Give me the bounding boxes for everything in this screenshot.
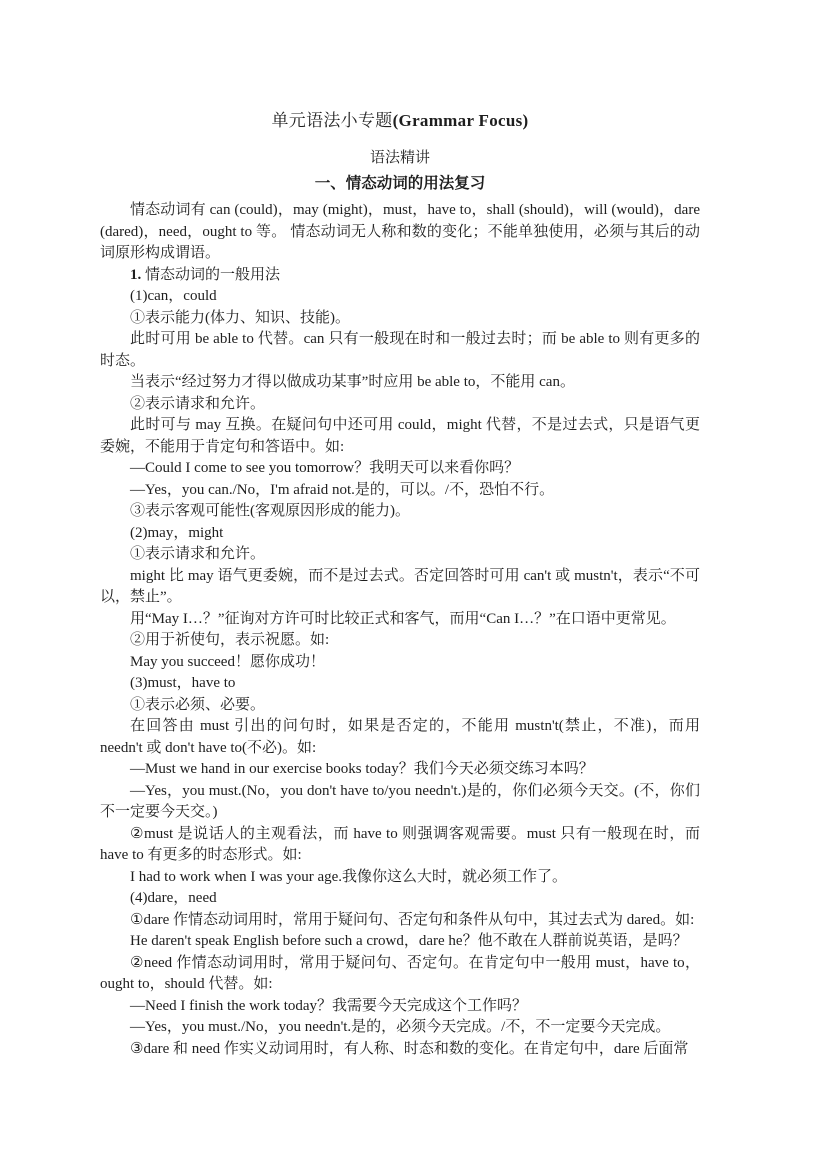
paragraph: May you succeed！愿你成功！ — [100, 652, 700, 674]
paragraph: —Need I finish the work today？我需要今天完成这个工… — [100, 996, 700, 1018]
paragraph: —Must we hand in our exercise books toda… — [100, 759, 700, 781]
document-body: 情态动词有 can (could)，may (might)，must，have … — [100, 200, 700, 1060]
paragraph: (4)dare，need — [100, 888, 700, 910]
paragraph: ②must 是说话人的主观看法，而 have to 则强调客观需要。must 只… — [100, 824, 700, 867]
paragraph: 情态动词有 can (could)，may (might)，must，have … — [100, 200, 700, 265]
paragraph: ②用于祈使句，表示祝愿。如: — [100, 630, 700, 652]
paragraph: He daren't speak English before such a c… — [100, 931, 700, 953]
document-subtitle: 语法精讲 — [100, 146, 700, 167]
paragraph: —Yes，you must.(No，you don't have to/you … — [100, 781, 700, 824]
paragraph: 当表示“经过努力才得以做成功某事”时应用 be able to，不能用 can。 — [100, 372, 700, 394]
document-content: 单元语法小专题(Grammar Focus) 语法精讲 一、情态动词的用法复习 … — [100, 106, 700, 1060]
document-page: 单元语法小专题(Grammar Focus) 语法精讲 一、情态动词的用法复习 … — [0, 0, 827, 1169]
paragraph: —Could I come to see you tomorrow？我明天可以来… — [100, 458, 700, 480]
paragraph-bold-prefix: 1. — [130, 267, 141, 283]
paragraph: 此时可与 may 互换。在疑问句中还可用 could，might 代替，不是过去… — [100, 415, 700, 458]
paragraph: (2)may，might — [100, 523, 700, 545]
paragraph: ①表示能力(体力、知识、技能)。 — [100, 308, 700, 330]
paragraph: 此时可用 be able to 代替。can 只有一般现在时和一般过去时；而 b… — [100, 329, 700, 372]
section-heading: 一、情态动词的用法复习 — [100, 171, 700, 193]
paragraph: I had to work when I was your age.我像你这么大… — [100, 867, 700, 889]
paragraph: might 比 may 语气更委婉，而不是过去式。否定回答时可用 can't 或… — [100, 566, 700, 609]
document-title: 单元语法小专题(Grammar Focus) — [100, 106, 700, 131]
paragraph: ①表示必须、必要。 — [100, 695, 700, 717]
paragraph: ③dare 和 need 作实义动词用时，有人称、时态和数的变化。在肯定句中，d… — [100, 1039, 700, 1061]
paragraph: ①表示请求和允许。 — [100, 544, 700, 566]
paragraph: ②表示请求和允许。 — [100, 394, 700, 416]
paragraph: ②need 作情态动词用时，常用于疑问句、否定句。在肯定句中一般用 must，h… — [100, 953, 700, 996]
paragraph: (3)must，have to — [100, 673, 700, 695]
paragraph: —Yes，you can./No，I'm afraid not.是的，可以。/不… — [100, 480, 700, 502]
paragraph: ①dare 作情态动词用时，常用于疑问句、否定句和条件从句中，其过去式为 dar… — [100, 910, 700, 932]
paragraph: (1)can，could — [100, 286, 700, 308]
paragraph: 在回答由 must 引出的问句时，如果是否定的，不能用 mustn't(禁止，不… — [100, 716, 700, 759]
paragraph: 用“May I…？”征询对方许可时比较正式和客气，而用“Can I…？”在口语中… — [100, 609, 700, 631]
paragraph: ③表示客观可能性(客观原因形成的能力)。 — [100, 501, 700, 523]
paragraph: —Yes，you must./No，you needn't.是的，必须今天完成。… — [100, 1017, 700, 1039]
paragraph: 1. 情态动词的一般用法 — [100, 265, 700, 287]
document-title-zh: 单元语法小专题 — [271, 111, 392, 130]
document-title-en: (Grammar Focus) — [393, 111, 529, 130]
